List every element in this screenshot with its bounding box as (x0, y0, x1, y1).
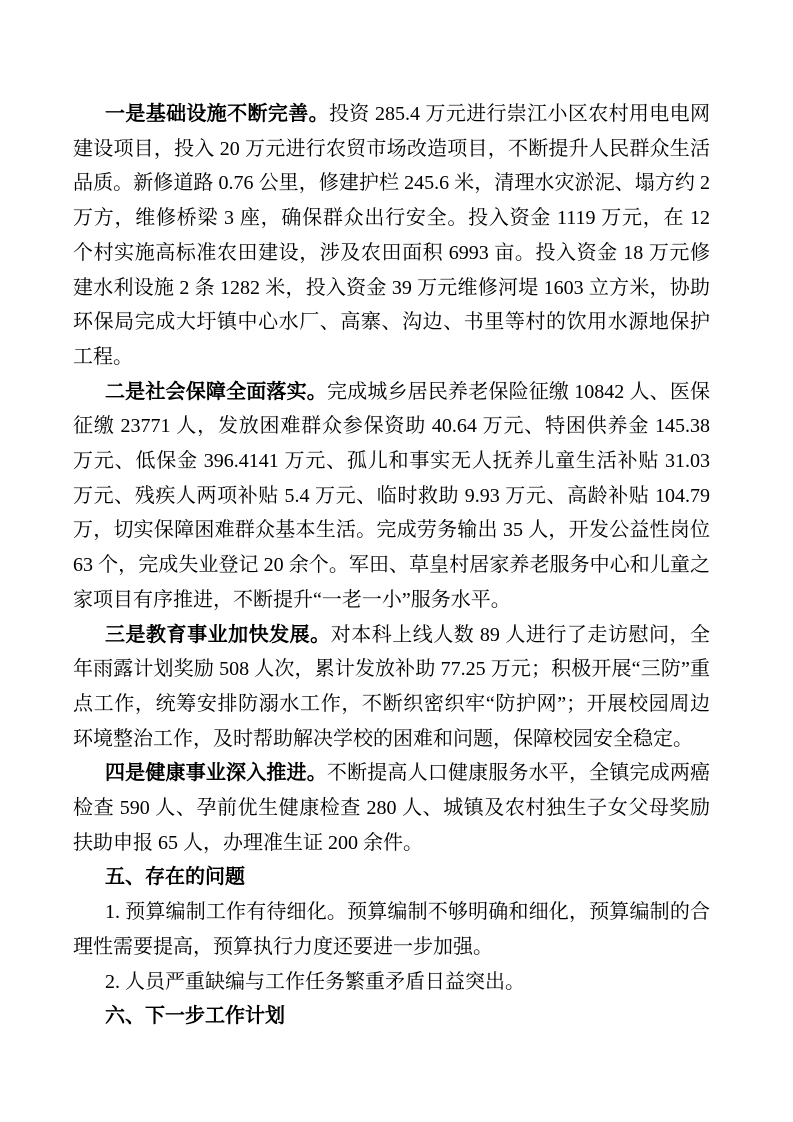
paragraph-lead: 三是教育事业加快发展。 (105, 624, 331, 646)
paragraph-lead: 一是基础设施不断完善。 (105, 103, 329, 125)
section-heading: 六、下一步工作计划 (73, 999, 710, 1034)
paragraph: 一是基础设施不断完善。投资 285.4 万元进行崇江小区农村用电电网建设项目，投… (73, 97, 710, 375)
document-body: 一是基础设施不断完善。投资 285.4 万元进行崇江小区农村用电电网建设项目，投… (73, 97, 710, 1034)
paragraph: 1. 预算编制工作有待细化。预算编制不够明确和细化，预算编制的合理性需要提高，预… (73, 895, 710, 964)
paragraph: 三是教育事业加快发展。对本科上线人数 89 人进行了走访慰问，全年雨露计划奖励 … (73, 618, 710, 757)
paragraph: 2. 人员严重缺编与工作任务繁重矛盾日益突出。 (73, 965, 710, 1000)
document-page: 一是基础设施不断完善。投资 285.4 万元进行崇江小区农村用电电网建设项目，投… (0, 0, 793, 1122)
paragraph-lead: 二是社会保障全面落实。 (105, 381, 327, 403)
paragraph-lead: 四是健康事业深入推进。 (105, 762, 327, 784)
section-heading: 五、存在的问题 (73, 860, 710, 895)
paragraph: 四是健康事业深入推进。不断提高人口健康服务水平，全镇完成两癌检查 590 人、孕… (73, 756, 710, 860)
paragraph: 二是社会保障全面落实。完成城乡居民养老保险征缴 10842 人、医保征缴 237… (73, 375, 710, 618)
